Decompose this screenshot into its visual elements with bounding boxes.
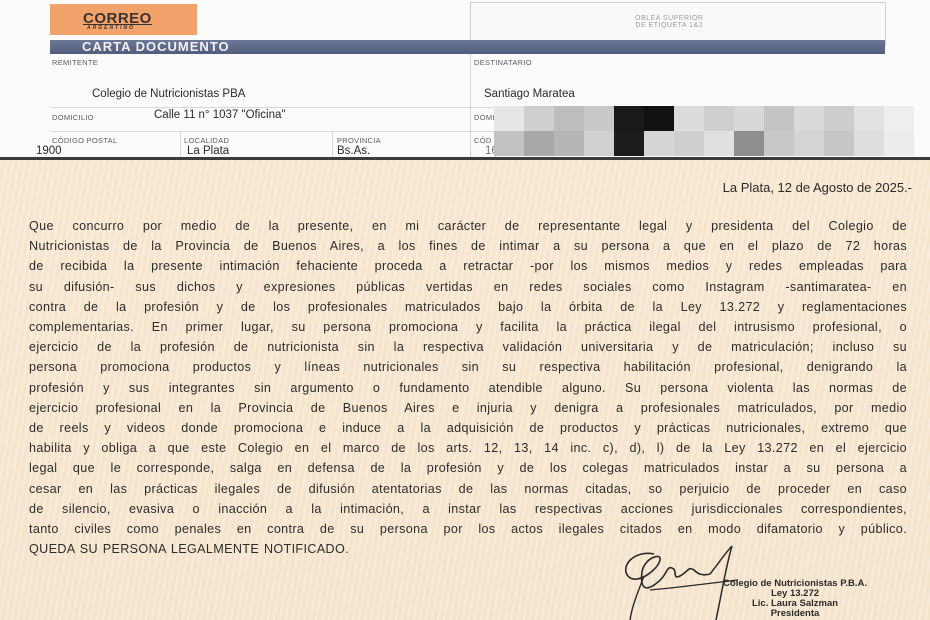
- city: La Plata: [187, 145, 229, 157]
- pixel-block: [704, 106, 734, 131]
- pixel-block: [524, 131, 554, 156]
- sender-label: REMITENTE: [52, 58, 98, 67]
- divider: [332, 132, 333, 157]
- pixel-block: [584, 106, 614, 131]
- sticker-note: OBLEA SUPERIOR DE ETIQUETA 1&2: [635, 15, 703, 29]
- letter-line: persona promociona productos y líneas nu…: [29, 357, 907, 377]
- letter-date: La Plata, 12 de Agosto de 2025.-: [723, 180, 912, 195]
- pixel-block: [644, 106, 674, 131]
- recipient-name: Santiago Maratea: [484, 88, 575, 100]
- sender-name: Colegio de Nutricionistas PBA: [92, 88, 245, 100]
- postal-code: 1900: [36, 145, 62, 157]
- signature-role: Presidenta: [690, 609, 900, 619]
- letter-line: de reels y videos donde promociona e ind…: [29, 418, 907, 438]
- signature-block: Colegio de Nutricionistas P.B.A. Ley 13.…: [690, 579, 900, 619]
- pixel-block: [614, 106, 644, 131]
- pixel-block: [584, 131, 614, 156]
- pixel-block: [554, 131, 584, 156]
- pixel-block: [704, 131, 734, 156]
- recipient-postal-label: CÓD: [474, 136, 492, 145]
- pixel-block: [794, 131, 824, 156]
- pixel-block: [494, 106, 524, 131]
- letter-line: contra de la profesión y de los profesio…: [29, 297, 907, 317]
- divider: [50, 107, 470, 108]
- sender-address-label: DOMICILIO: [52, 113, 94, 122]
- divider: [180, 132, 181, 157]
- letter-line: ejercicio profesional en la Provincia de…: [29, 398, 907, 418]
- letter-line: profesión y sus integrantes sin argument…: [29, 378, 907, 398]
- letter-line: de silencio, evasiva o inacción a la int…: [29, 499, 907, 519]
- postal-code-label: CÓDIGO POSTAL: [52, 136, 117, 145]
- pixel-block: [554, 106, 584, 131]
- pixel-block: [734, 106, 764, 131]
- notification-closing: QUEDA SU PERSONA LEGALMENTE NOTIFICADO.: [29, 539, 907, 559]
- pixel-block: [824, 106, 854, 131]
- redacted-address-pixelation: [494, 106, 914, 156]
- form-title: CARTA DOCUMENTO: [82, 40, 230, 54]
- pixel-block: [494, 131, 524, 156]
- pixel-block: [674, 131, 704, 156]
- letter-line: su difusión- sus dichos y expresiones pú…: [29, 277, 907, 297]
- province: Bs.As.: [337, 145, 370, 157]
- pixel-block: [824, 131, 854, 156]
- pixel-block: [764, 106, 794, 131]
- letter-line: Nutricionistas de la Provincia de Buenos…: [29, 236, 907, 256]
- letter-line: Que concurro por medio de la presente, e…: [29, 216, 907, 236]
- pixel-block: [884, 106, 914, 131]
- carta-documento-form: CORREO ARGENTINO OBLEA SUPERIOR DE ETIQU…: [0, 0, 930, 157]
- letter-line: legal que le corresponde, salga en defen…: [29, 458, 907, 478]
- letter-line: complementarias. En primer lugar, su per…: [29, 317, 907, 337]
- province-label: PROVINCIA: [337, 136, 381, 145]
- letter-body: La Plata, 12 de Agosto de 2025.- Que con…: [0, 160, 930, 620]
- logo-subtitle: ARGENTINO: [87, 25, 135, 31]
- pixel-block: [854, 131, 884, 156]
- sender-address: Calle 11 n° 1037 "Oficina": [154, 109, 285, 121]
- letter-line: tanto civiles como penales en contra de …: [29, 519, 907, 539]
- pixel-block: [764, 131, 794, 156]
- pixel-block: [854, 106, 884, 131]
- pixel-block: [644, 131, 674, 156]
- letter-line: habilita y obliga a que este Colegio en …: [29, 438, 907, 458]
- title-band: CARTA DOCUMENTO: [50, 40, 885, 54]
- divider: [50, 131, 470, 132]
- city-label: LOCALIDAD: [184, 136, 229, 145]
- pixel-block: [614, 131, 644, 156]
- pixel-block: [524, 106, 554, 131]
- recipient-address-label: DOMI: [474, 113, 495, 122]
- pixel-block: [794, 106, 824, 131]
- letter-line: cesar en las prácticas ilegales de difus…: [29, 479, 907, 499]
- correo-argentino-logo: CORREO ARGENTINO: [50, 4, 197, 35]
- pixel-block: [884, 131, 914, 156]
- letter-line: de recibida la presente intimación fehac…: [29, 256, 907, 276]
- letter-line: ejercicio de la profesión de nutricionis…: [29, 337, 907, 357]
- pixel-block: [734, 131, 764, 156]
- letter-paragraph: Que concurro por medio de la presente, e…: [29, 216, 907, 559]
- pixel-block: [674, 106, 704, 131]
- column-divider: [470, 54, 471, 157]
- recipient-label: DESTINATARIO: [474, 58, 532, 67]
